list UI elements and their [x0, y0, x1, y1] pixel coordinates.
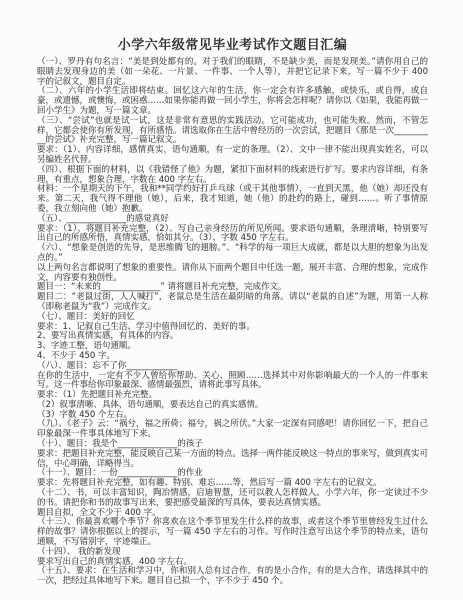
document-page: 小学六年级常见毕业考试作文题目汇编 （一）、罗丹有句名言：“美是到处都有的。对于…	[0, 0, 463, 600]
paragraph: （十五）、要求：在生活和学习中，你和别人总有过合作，有的是小合作，有的是大合作，…	[37, 567, 428, 587]
document-title: 小学六年级常见毕业考试作文题目汇编	[37, 38, 428, 54]
paragraph: 在你的生活中，一定有不少人曾给你帮助、关心、照顾……选择其中对你影响最大的一个人…	[37, 372, 428, 392]
paragraph: （二）、六年的小学生活即将结束。回忆这六年的生活，你一定会有许多感触，或快乐，或…	[37, 87, 428, 116]
paragraph: （四）、根据下面的材料，以《我错怪了他》为题，紧扣下面材料的线索进行扩写。要求内…	[37, 166, 428, 186]
paragraph: 要求：（1）、将题目补充完整，（2）、写自己亲身经历的所见所闻。要求语句通顺，条…	[37, 225, 428, 245]
paragraph: 以上两句名言都说明了想象的重要性。请你从下面两个题目中任选一题，展开丰富、合理的…	[37, 264, 428, 284]
paragraph: （六）、“想象是创造的先导，是思维腾飞的翅膀。”、“科学的每一项巨大成就，都是以…	[37, 244, 428, 264]
paragraph: （十二）、书，可以丰富知识，陶冶情感，启迪智慧，还可以教人怎样做人。小学六年，你…	[37, 489, 428, 509]
document-body: （一）、罗丹有句名言：“美是到处都有的。对于我们的眼睛，不是缺少美，而是发现美。…	[37, 58, 428, 587]
paragraph: 要求：把题目补充完整，能反映自己某一方面的特点。选择一两件能反映这一特点的事来写…	[37, 450, 428, 470]
paragraph: （九）、《老子》云：“祸兮，福之所倚；福兮，祸之所伏。”大家一定深有同感吧！请你…	[37, 420, 428, 440]
paragraph: 题目二：“老鼠过街，人人喊打”，老鼠总是生活在最阴暗的角落。请以“老鼠的自述”为…	[37, 293, 428, 313]
paragraph: 要求：（1）、内容详细，感情真实，语句通顺，有一定的条理。（2）、文中一律不能出…	[37, 146, 428, 166]
paragraph: （一）、罗丹有句名言：“美是到处都有的。对于我们的眼睛，不是缺少美，而是发现美。…	[37, 58, 428, 87]
paragraph: （十三）、你最喜欢哪个季节？你喜欢在这个季节里发生什么样的故事，或者这个季节里曾…	[37, 518, 428, 547]
paragraph: 材料：一个星期天的下午，我和**同学约好打乒乓球（或干其他事情），一直到天黑，他…	[37, 185, 428, 214]
paragraph: （三）、“尝试”也就是试一试，这是非常有意思的实践活动。它可能成功，也可能失败。…	[37, 117, 428, 146]
